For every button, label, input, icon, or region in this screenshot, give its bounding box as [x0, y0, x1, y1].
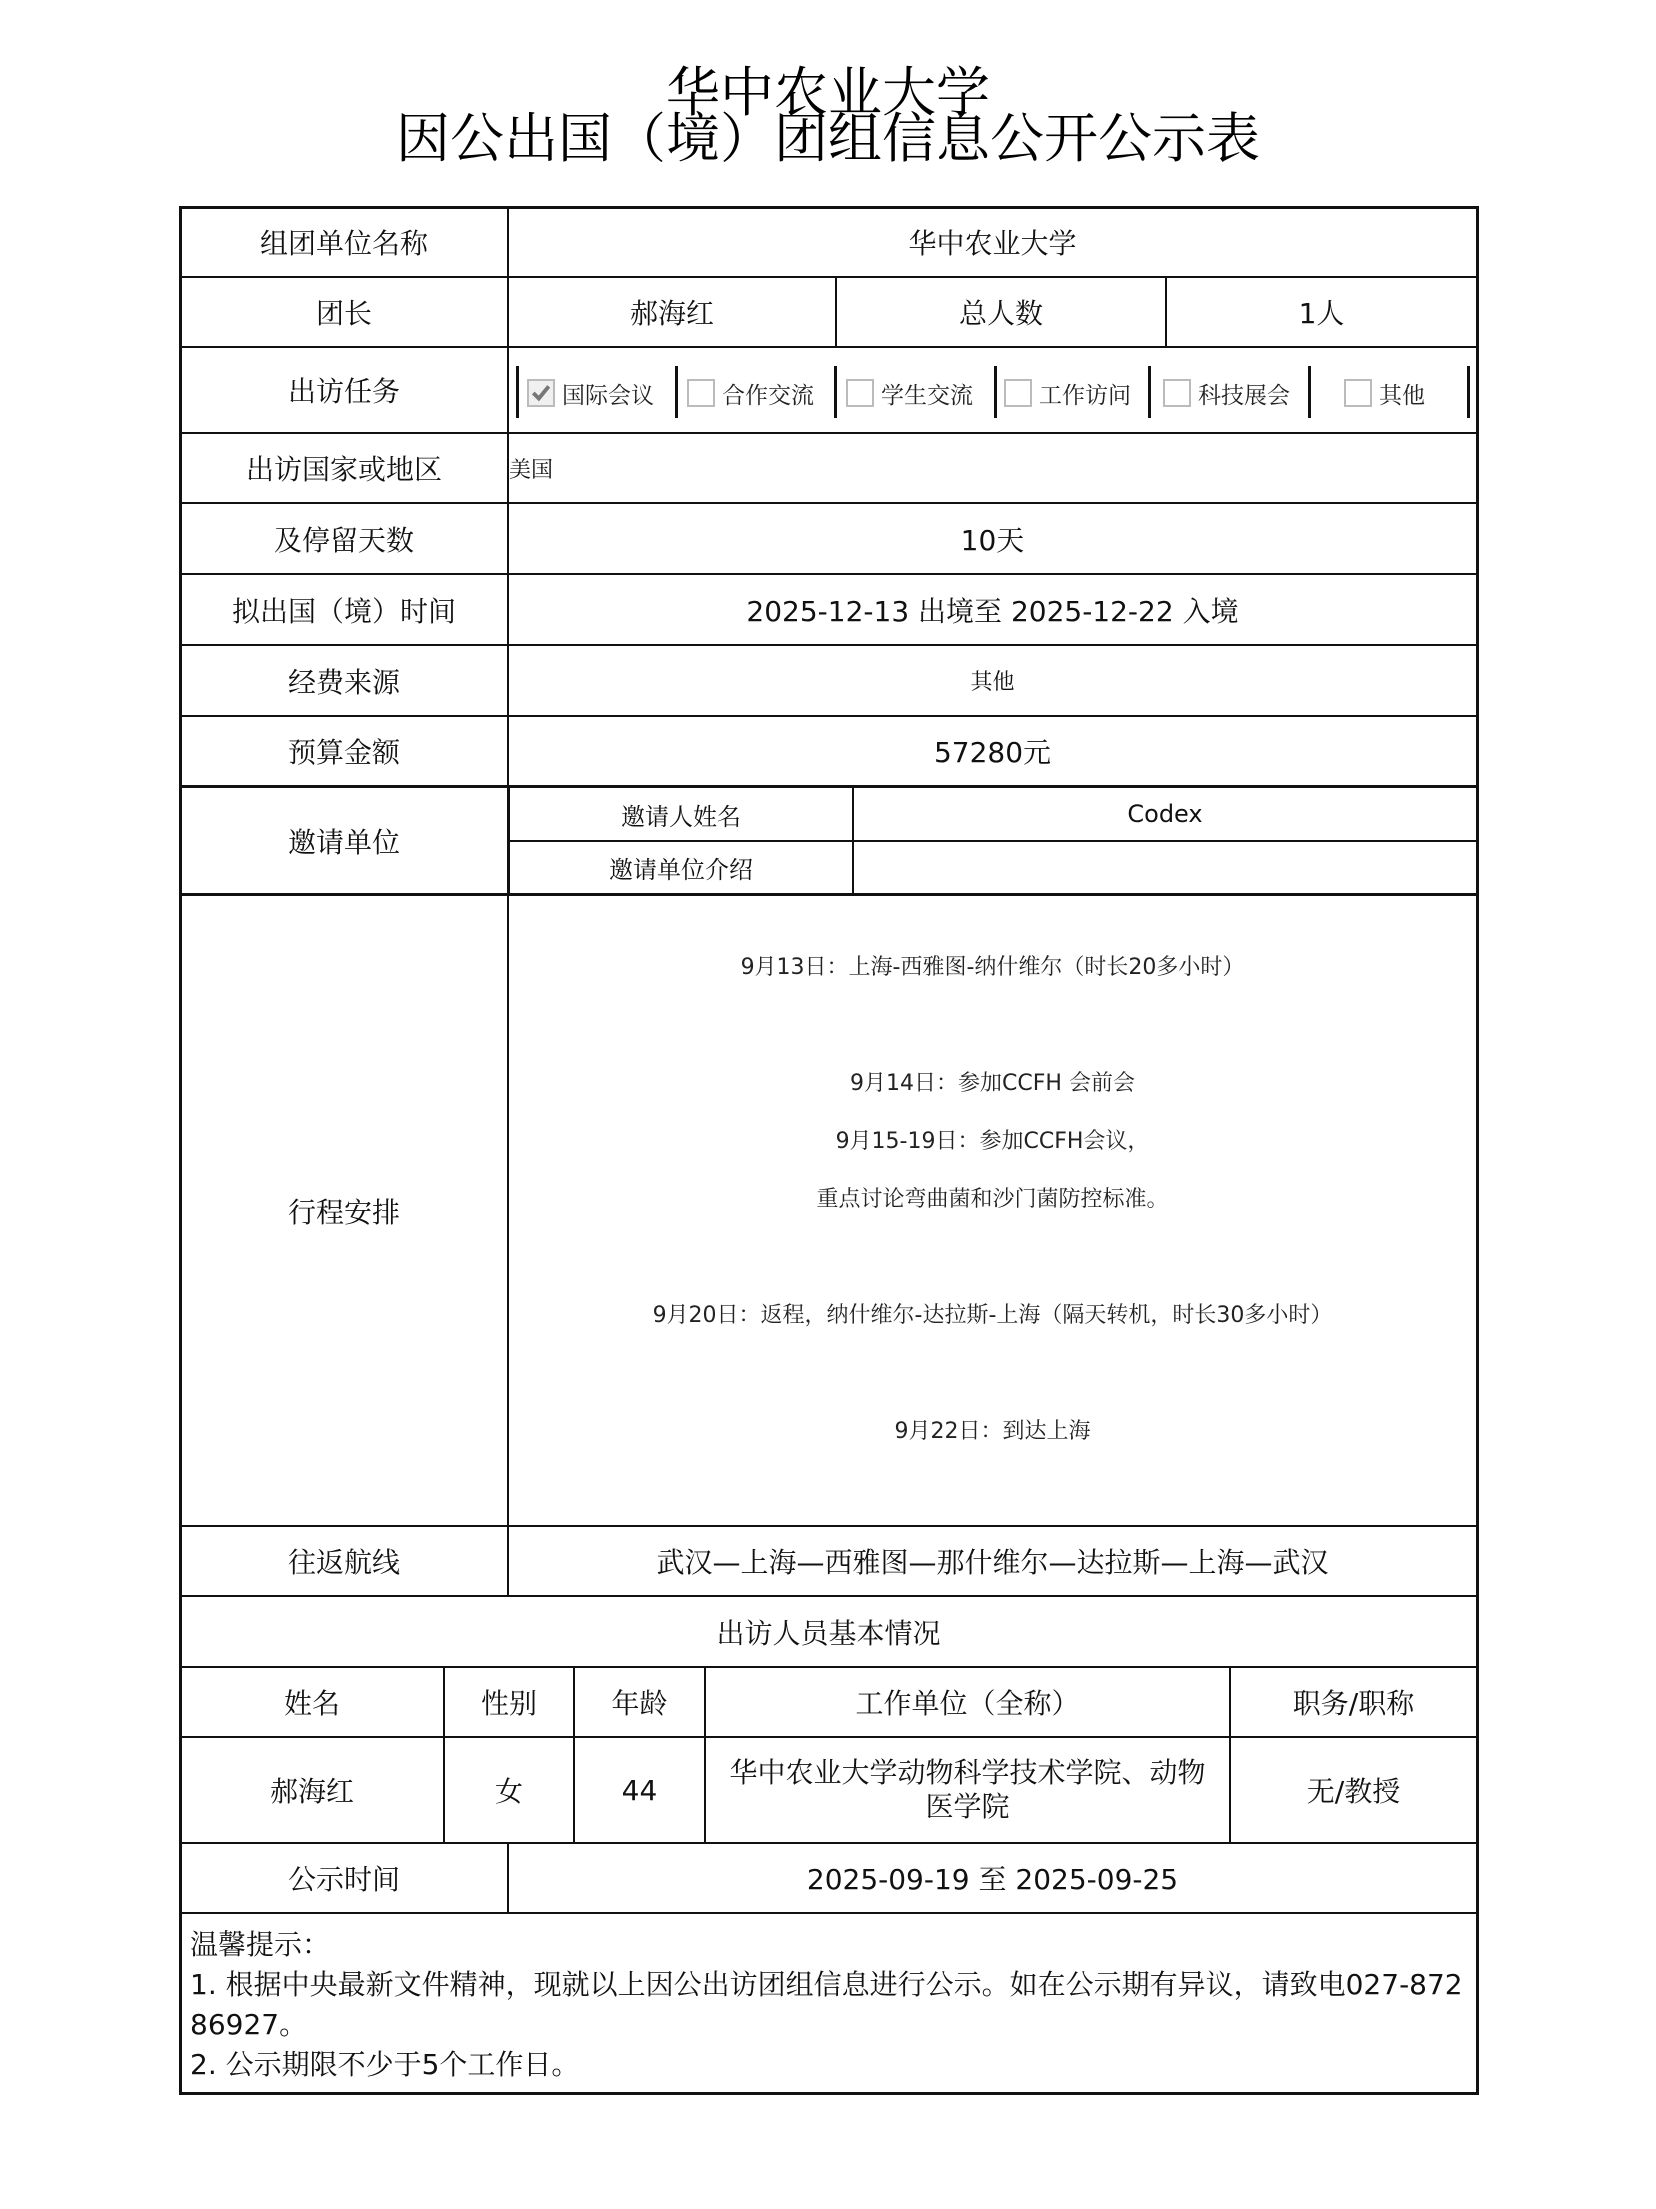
notes-line1: 1. 根据中央最新文件精神，现就以上因公出访团组信息进行公示。如在公示期有异议，… [190, 1965, 1470, 2045]
itinerary-line: 9月15-19日：参加CCFH会议， [508, 1124, 1477, 1155]
inviter-intro-value [854, 842, 1476, 893]
checkbox-separator [1467, 366, 1470, 418]
mission-option-international-conference[interactable]: 国际会议 [527, 368, 654, 418]
notes-block: 温馨提示： 1. 根据中央最新文件精神，现就以上因公出访团组信息进行公示。如在公… [190, 1925, 1470, 2085]
itinerary-line: 9月13日：上海-西雅图-纳什维尔（时长20多小时） [508, 950, 1477, 981]
people-section-title: 出访人员基本情况 [181, 1597, 1476, 1666]
budget-value: 57280元 [509, 717, 1476, 785]
funding-value: 其他 [509, 646, 1476, 715]
col-header-age: 年龄 [575, 1668, 704, 1736]
itinerary-label: 行程安排 [181, 896, 507, 1525]
org-name-label: 组团单位名称 [181, 208, 507, 276]
funding-label: 经费来源 [181, 646, 507, 715]
inviter-intro-label: 邀请单位介绍 [510, 842, 852, 893]
inviter-name-label: 邀请人姓名 [510, 788, 852, 840]
checkbox-label: 学生交流 [881, 377, 973, 410]
mission-label: 出访任务 [181, 348, 507, 432]
publicity-label: 公示时间 [181, 1844, 507, 1912]
leader-value: 郝海红 [509, 278, 835, 346]
total-people-value: 1人 [1167, 278, 1476, 346]
page-title-line2: 因公出国（境）团组信息公开公示表 [0, 108, 1656, 170]
checkbox-checked[interactable] [527, 379, 555, 407]
checkbox-separator [675, 366, 678, 418]
days-label: 及停留天数 [181, 504, 507, 573]
col-header-title: 职务/职称 [1231, 1668, 1476, 1736]
leader-label: 团长 [181, 278, 507, 346]
checkbox-unchecked[interactable] [687, 379, 715, 407]
budget-label: 预算金额 [181, 717, 507, 785]
col-header-name: 姓名 [181, 1668, 443, 1736]
mission-option-student-exchange[interactable]: 学生交流 [846, 368, 973, 418]
person-name: 郝海红 [181, 1738, 443, 1842]
table-border-bottom [179, 2092, 1479, 2095]
departure-value: 2025-12-13 出境至 2025-12-22 入境 [509, 575, 1476, 644]
row-divider [179, 1912, 1479, 1914]
itinerary-line: 9月14日：参加CCFH 会前会 [508, 1066, 1477, 1097]
notes-line2: 2. 公示期限不少于5个工作日。 [190, 2045, 1470, 2085]
itinerary-line: 9月20日：返程，纳什维尔-达拉斯-上海（隔天转机，时长30多小时） [508, 1298, 1477, 1329]
person-title: 无/教授 [1231, 1738, 1476, 1842]
person-work-unit: 华中农业大学动物科学技术学院、动物医学院 [706, 1738, 1229, 1842]
checkbox-label: 科技展会 [1198, 377, 1290, 410]
mission-option-cooperation[interactable]: 合作交流 [687, 368, 814, 418]
checkbox-unchecked[interactable] [1004, 379, 1032, 407]
inviter-label: 邀请单位 [181, 788, 507, 893]
mission-option-other[interactable]: 其他 [1344, 368, 1425, 418]
mission-option-work-visit[interactable]: 工作访问 [1004, 368, 1131, 418]
person-gender: 女 [445, 1738, 573, 1842]
days-value: 10天 [509, 504, 1476, 573]
checkbox-label: 合作交流 [722, 377, 814, 410]
checkbox-unchecked[interactable] [1344, 379, 1372, 407]
notes-title: 温馨提示： [190, 1925, 1470, 1965]
itinerary-line: 重点讨论弯曲菌和沙门菌防控标准。 [508, 1182, 1477, 1213]
checkbox-label: 国际会议 [562, 377, 654, 410]
checkbox-unchecked[interactable] [846, 379, 874, 407]
checkmark-icon [530, 382, 552, 404]
col-header-gender: 性别 [445, 1668, 573, 1736]
publicity-value: 2025-09-19 至 2025-09-25 [509, 1844, 1476, 1912]
org-name-value: 华中农业大学 [509, 208, 1476, 276]
person-age: 44 [575, 1738, 704, 1842]
departure-label: 拟出国（境）时间 [181, 575, 507, 644]
checkbox-separator [834, 366, 837, 418]
country-value: 美国 [509, 434, 1476, 502]
checkbox-separator [1148, 366, 1151, 418]
route-value: 武汉—上海—西雅图—那什维尔—达拉斯—上海—武汉 [509, 1527, 1476, 1595]
checkbox-separator [516, 366, 519, 418]
checkbox-label: 其他 [1379, 377, 1425, 410]
route-label: 往返航线 [181, 1527, 507, 1595]
checkbox-unchecked[interactable] [1163, 379, 1191, 407]
inviter-name-value: Codex [854, 788, 1476, 840]
col-header-work-unit: 工作单位（全称） [706, 1668, 1229, 1736]
checkbox-separator [1308, 366, 1311, 418]
checkbox-label: 工作访问 [1039, 377, 1131, 410]
col-divider [507, 206, 509, 1596]
itinerary-line: 9月22日：到达上海 [508, 1414, 1477, 1445]
country-label: 出访国家或地区 [181, 434, 507, 502]
checkbox-separator [994, 366, 997, 418]
total-people-label: 总人数 [837, 278, 1165, 346]
mission-option-tech-expo[interactable]: 科技展会 [1163, 368, 1290, 418]
